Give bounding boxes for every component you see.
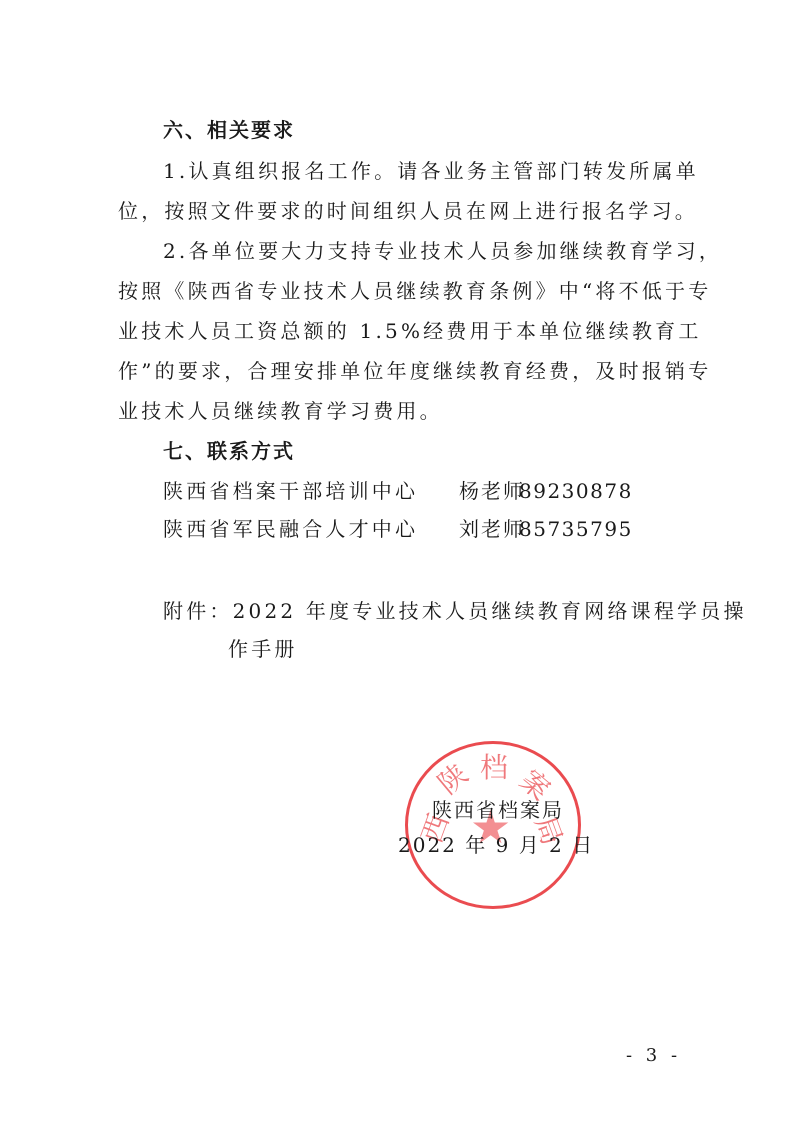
attachment-line: 附件：2022 年度专业技术人员继续教育网络课程学员操 <box>163 596 747 626</box>
contact-name: 刘老师 <box>459 514 525 544</box>
contact-phone: 85735795 <box>519 514 633 544</box>
contact-organization: 陕西省档案干部培训中心 <box>163 476 418 506</box>
page-number: - 3 - <box>626 1044 681 1068</box>
section-heading-contact: 七、联系方式 <box>163 436 295 466</box>
paragraph-line: 业技术人员继续教育学习费用。 <box>118 396 443 426</box>
signature-date: 2022 年 9 月 2 日 <box>398 830 594 860</box>
paragraph-line: 位，按照文件要求的时间组织人员在网上进行报名学习。 <box>118 196 698 226</box>
paragraph-line: 1.认真组织报名工作。请各业务主管部门转发所属单 <box>163 156 699 186</box>
attachment-line: 作手册 <box>228 634 298 664</box>
paragraph-line: 按照《陕西省专业技术人员继续教育条例》中“将不低于专 <box>118 276 711 306</box>
paragraph-line: 作”的要求，合理安排单位年度继续教育经费，及时报销专 <box>118 356 711 386</box>
document-page: 六、相关要求 1.认真组织报名工作。请各业务主管部门转发所属单 位，按照文件要求… <box>0 0 794 1122</box>
signature-organization: 陕西省档案局 <box>432 795 564 825</box>
contact-name: 杨老师 <box>459 476 525 506</box>
section-heading-requirements: 六、相关要求 <box>163 115 295 145</box>
contact-phone: 89230878 <box>519 476 633 506</box>
contact-organization: 陕西省军民融合人才中心 <box>163 514 418 544</box>
paragraph-line: 2.各单位要大力支持专业技术人员参加继续教育学习， <box>163 236 722 266</box>
seal-arc-glyph-icon: 档 <box>480 746 508 786</box>
official-seal-stamp: 陕 档 案 西 局 ★ <box>405 741 581 909</box>
paragraph-line: 业技术人员工资总额的 1.5%经费用于本单位继续教育工 <box>118 316 702 346</box>
